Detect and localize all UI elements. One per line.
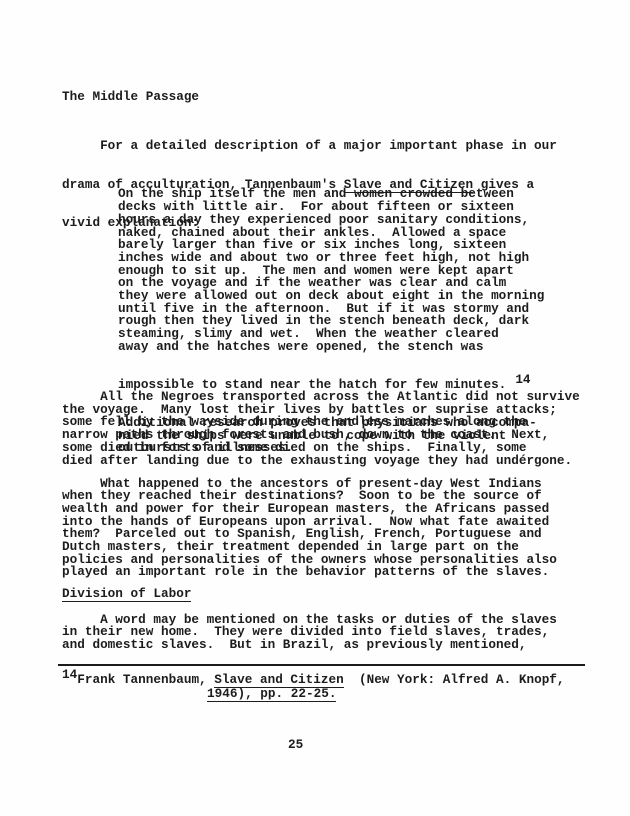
footnote-line-1: 14Frank Tannenbaum, Slave and Citizen (N… <box>62 674 565 687</box>
intro-line-1: For a detailed description of a major im… <box>62 140 557 153</box>
footnote-marker-superscript: 14 <box>62 669 77 682</box>
section-heading-text: Division of Labor <box>62 586 191 602</box>
footnote-publisher: (New York: Alfred A. Knopf, <box>344 672 565 687</box>
quote-lines-before: On the ship itself the men and women cro… <box>118 188 544 353</box>
paragraph-voyage-deaths: All the Negroes transported across the A… <box>62 391 580 467</box>
document-page: The Middle Passage For a detailed descri… <box>0 0 630 816</box>
paragraph-fate-of-africans: What happened to the ancestors of presen… <box>62 478 557 580</box>
footnote-line-2: 1946), pp. 22-25. <box>207 688 336 701</box>
page-number: 25 <box>288 739 303 752</box>
footnote-ref-superscript: 14 <box>515 374 530 387</box>
footnote-pages: 1946), pp. 22-25. <box>207 686 336 702</box>
paragraph-division-of-labor: A word may be mentioned on the tasks or … <box>62 614 557 652</box>
page-title: The Middle Passage <box>62 91 199 104</box>
section-heading: Division of Labor <box>62 588 191 601</box>
footnote-author: Frank Tannenbaum, <box>77 672 214 687</box>
footnote-divider <box>58 664 585 666</box>
